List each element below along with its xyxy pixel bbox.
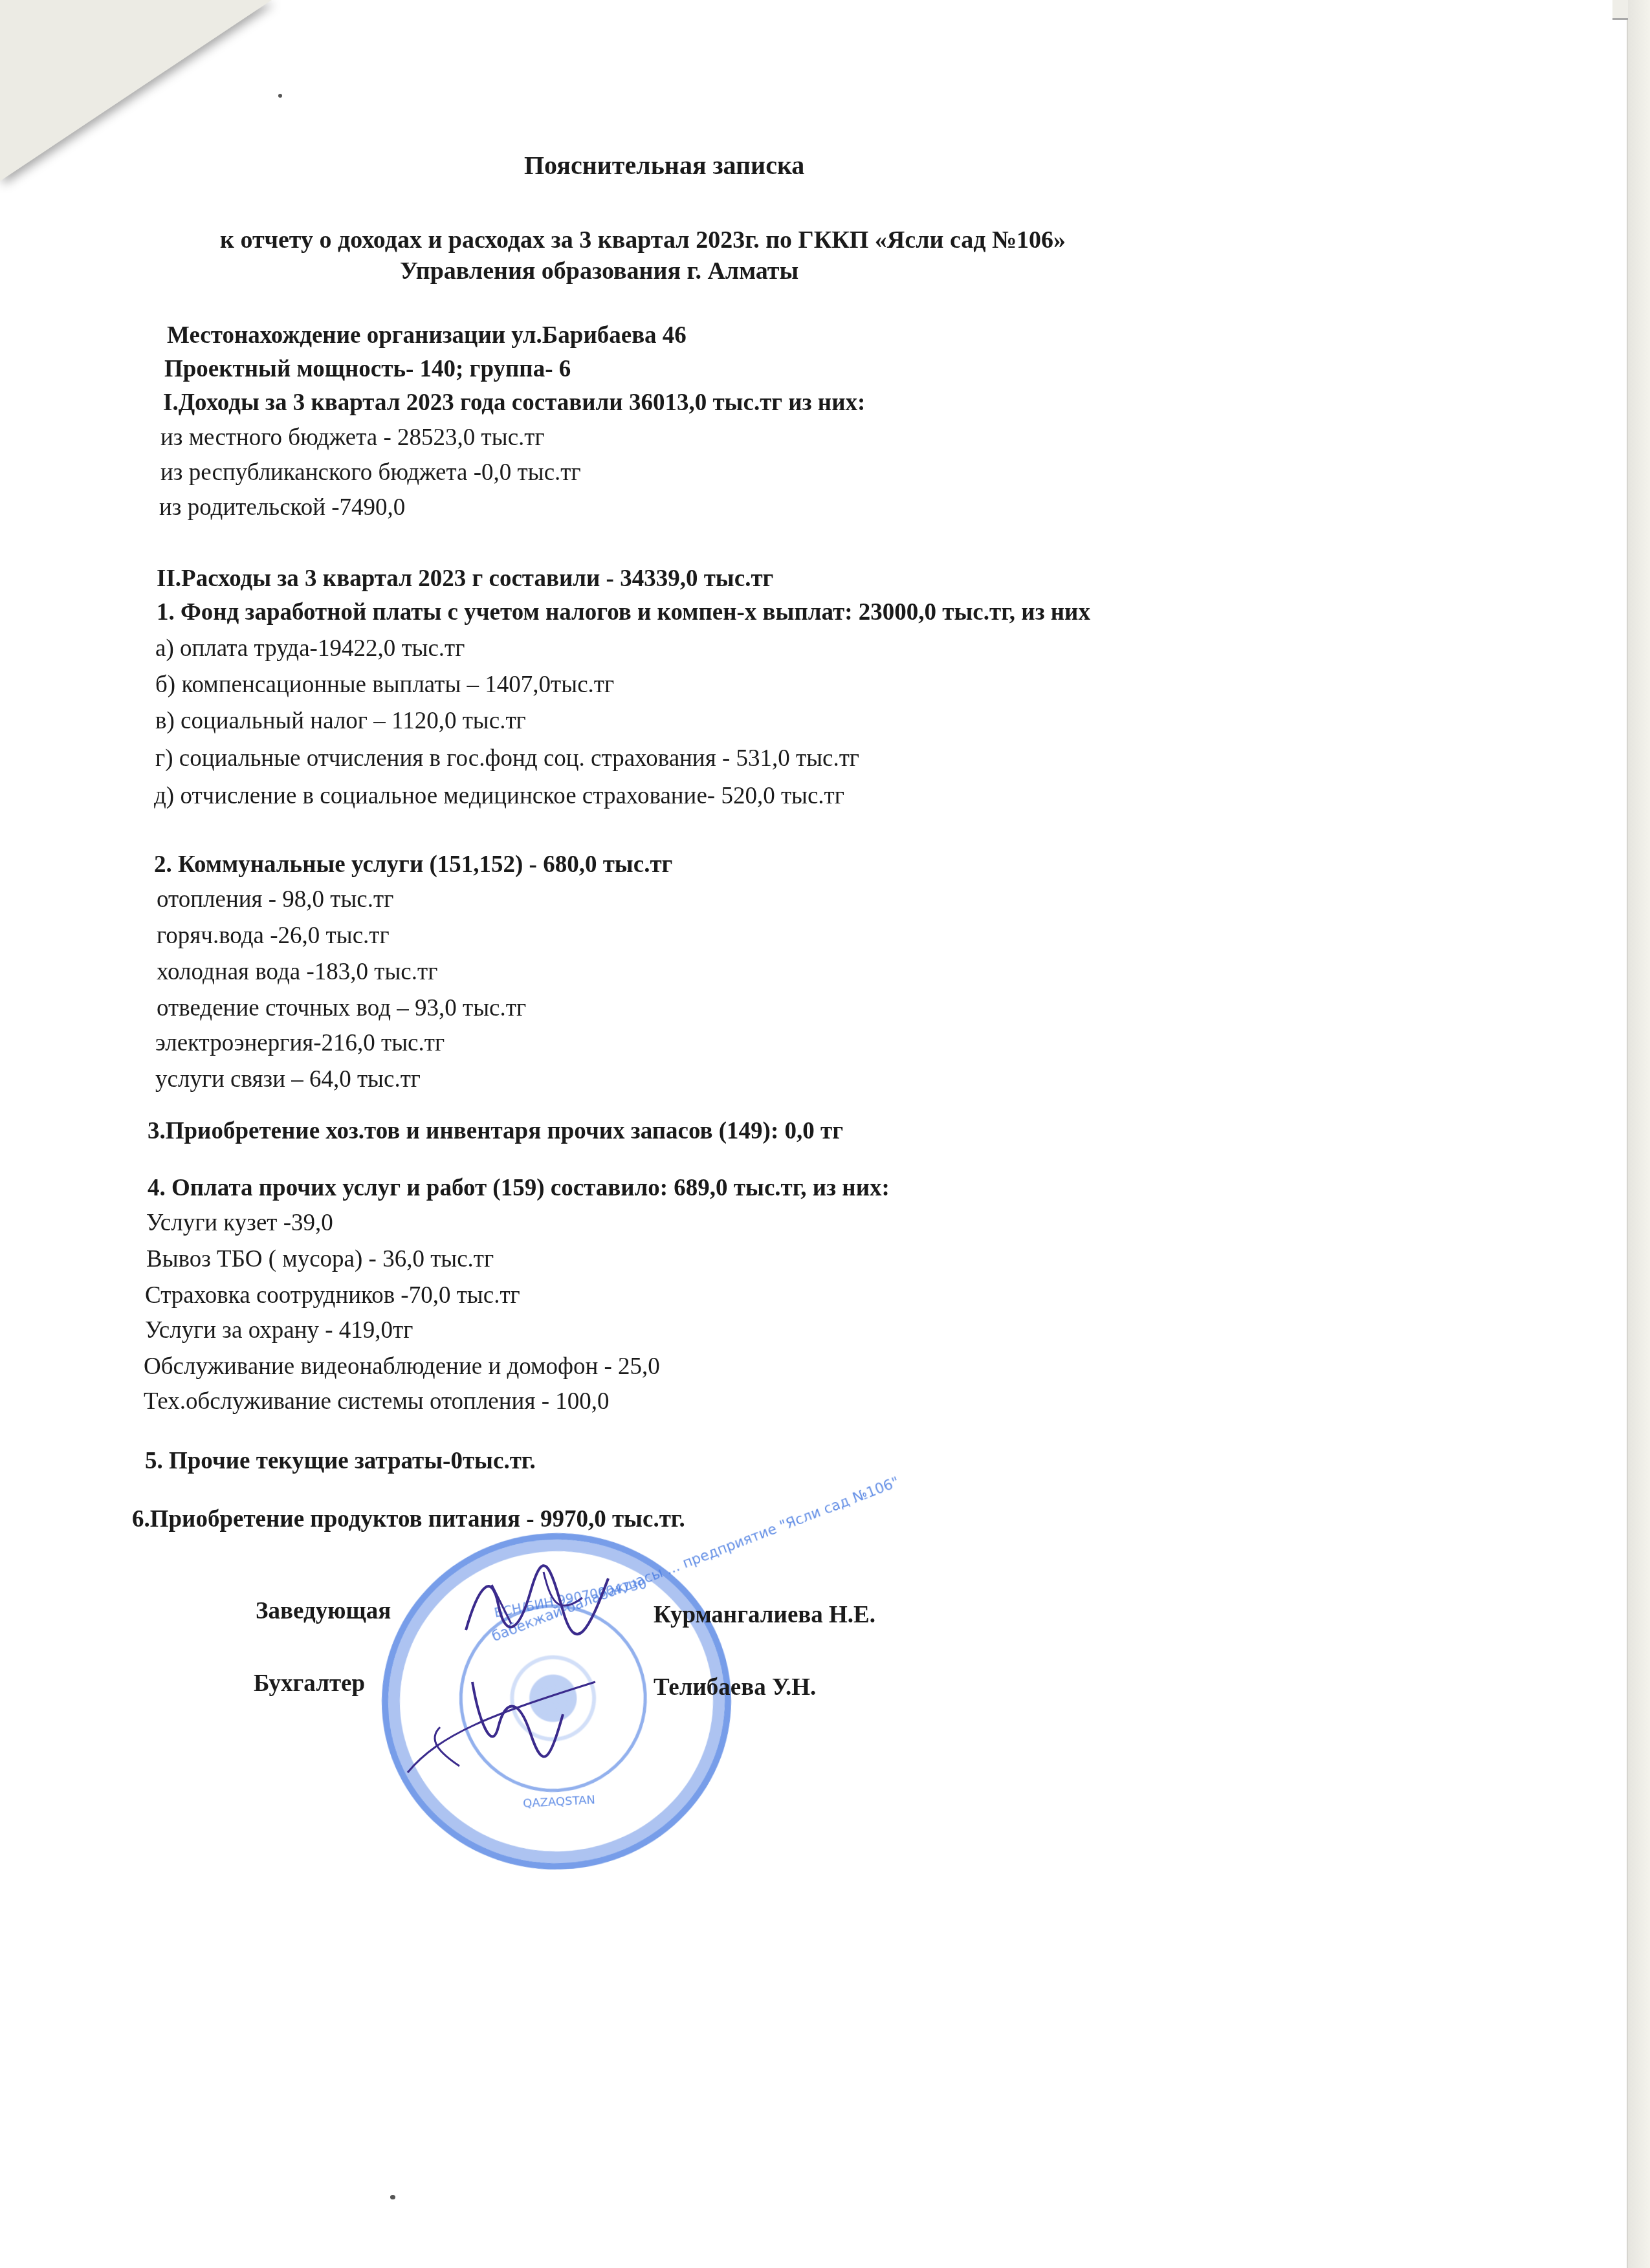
subtitle-line-2: Управления образования г. Алматы	[400, 259, 798, 283]
income-item: из местного бюджета - 28523,0 тыс.тг	[160, 426, 545, 450]
section-2-item: горяч.вода -26,0 тыс.тг	[157, 924, 390, 948]
folded-corner	[0, 0, 272, 181]
income-heading: I.Доходы за 3 квартал 2023 года составил…	[163, 391, 865, 415]
section-4-item: Страховка соотрудников -70,0 тыс.тг	[145, 1283, 520, 1307]
signature-role-director: Заведующая	[256, 1599, 391, 1623]
section-1-heading: 1. Фонд заработной платы с учетом налого…	[157, 600, 1090, 624]
scan-speck	[390, 2195, 395, 2199]
organization-capacity: Проектный мощность- 140; группа- 6	[164, 357, 571, 381]
section-1-item: а) оплата труда-19422,0 тыс.тг	[155, 637, 465, 660]
accountant-signature	[401, 1656, 608, 1785]
section-2-heading: 2. Коммунальные услуги (151,152) - 680,0…	[154, 853, 672, 877]
page-title: Пояснительная записка	[524, 153, 804, 179]
section-2-item: отопления - 98,0 тыс.тг	[157, 888, 393, 911]
section-4-item: Услуги за охрану - 419,0тг	[145, 1318, 413, 1342]
section-4-item: Вывоз ТБО ( мусора) - 36,0 тыс.тг	[146, 1247, 494, 1271]
section-3-heading: 3.Приобретение хоз.тов и инвентаря прочи…	[148, 1119, 843, 1143]
section-5-heading: 5. Прочие текущие затраты-0тыс.тг.	[145, 1449, 536, 1473]
organization-location: Местонахождение организации ул.Барибаева…	[167, 323, 687, 347]
income-item: из республиканского бюджета -0,0 тыс.тг	[160, 461, 581, 485]
section-1-item: в) социальный налог – 1120,0 тыс.тг	[155, 709, 526, 733]
scan-edge-notch	[1612, 0, 1628, 20]
section-2-item: холодная вода -183,0 тыс.тг	[157, 960, 437, 984]
signature-name-director: Курмангалиева Н.Е.	[654, 1603, 875, 1627]
section-2-item: услуги связи – 64,0 тыс.тг	[155, 1067, 421, 1091]
section-2-item: отведение сточных вод – 93,0 тыс.тг	[157, 996, 526, 1020]
section-4-item: Услуги кузет -39,0	[146, 1211, 333, 1235]
section-6-heading: 6.Приобретение продуктов питания - 9970,…	[132, 1507, 685, 1531]
section-2-item: электроэнергия-216,0 тыс.тг	[155, 1031, 445, 1055]
signature-role-accountant: Бухгалтер	[254, 1672, 365, 1696]
signature-name-accountant: Телибаева У.Н.	[654, 1675, 816, 1699]
section-4-heading: 4. Оплата прочих услуг и работ (159) сос…	[148, 1176, 890, 1200]
section-1-item: д) отчисление в социальное медицинское с…	[154, 784, 844, 808]
director-signature	[453, 1559, 621, 1650]
income-item: из родительской -7490,0	[159, 496, 405, 519]
section-1-item: б) компенсационные выплаты – 1407,0тыс.т…	[155, 673, 614, 697]
stamp-country-text: QAZAQSTAN	[523, 1793, 596, 1811]
scan-edge-strip	[1627, 0, 1650, 2268]
section-4-item: Тех.обслуживание системы отопления - 100…	[144, 1390, 609, 1413]
section-1-item: г) социальные отчисления в гос.фонд соц.…	[155, 747, 859, 770]
subtitle-line-1: к отчету о доходах и расходах за 3 кварт…	[220, 228, 1066, 252]
expenses-heading: II.Расходы за 3 квартал 2023 г составили…	[157, 567, 773, 591]
scan-speck	[278, 94, 282, 98]
section-4-item: Обслуживание видеонаблюдение и домофон -…	[144, 1355, 660, 1379]
